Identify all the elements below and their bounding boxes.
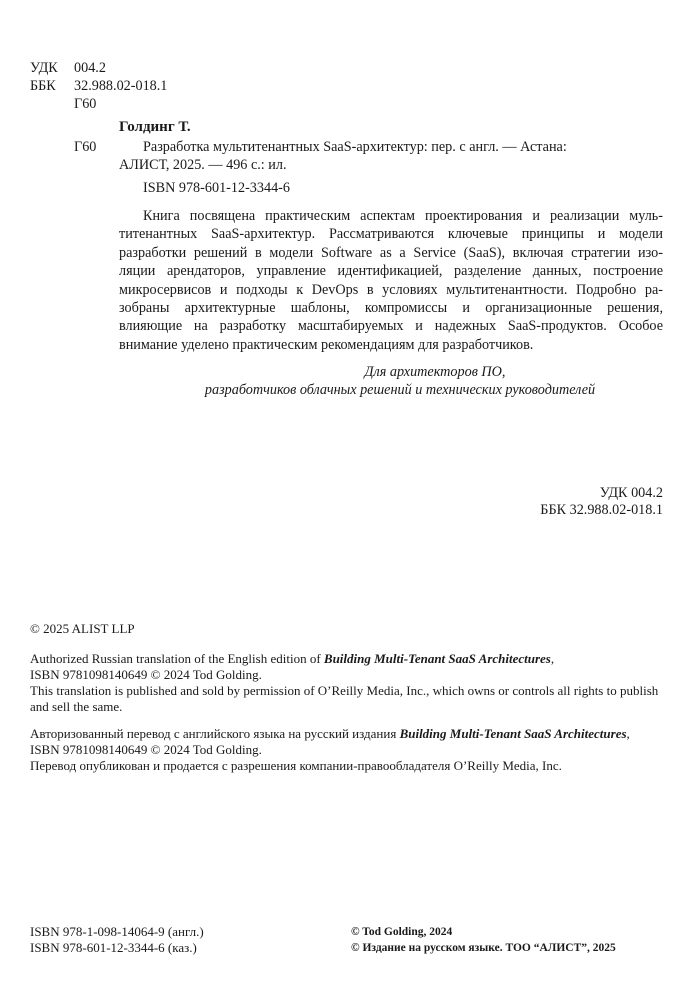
russian-rights-block: Авторизованный перевод с английского язы… xyxy=(30,726,662,774)
russian-book-title: Building Multi-Tenant SaaS Architectures xyxy=(400,726,627,741)
author-mark: Г60 xyxy=(74,95,96,113)
book-title-line-1: Разработка мультитенантных SaaS-архитект… xyxy=(143,138,567,156)
book-title-line-2: АЛИСТ, 2025. — 496 с.: ил. xyxy=(119,156,287,174)
udk-right: УДК 004.2 xyxy=(600,484,663,502)
audience-line-2: разработчиков облачных решений и техниче… xyxy=(175,381,625,399)
isbn-record: ISBN 978-601-12-3344-6 xyxy=(143,179,290,197)
russian-isbn-line: ISBN 9781098140649 © 2024 Tod Golding. xyxy=(30,742,662,758)
author-mark-record: Г60 xyxy=(74,138,96,156)
author-name: Голдинг Т. xyxy=(119,119,191,136)
abstract-line: титенантных SaaS-архитектур. Рассматрива… xyxy=(119,225,663,243)
russian-permission: Перевод опубликован и продается с разреш… xyxy=(30,758,662,774)
isbn-kazakh: ISBN 978-601-12-3344-6 (каз.) xyxy=(30,940,197,956)
abstract-line: зобраны архитектурные шаблоны, компромис… xyxy=(119,299,663,317)
isbn-english: ISBN 978-1-098-14064-9 (англ.) xyxy=(30,924,204,940)
abstract-paragraph: Книга посвящена практическим аспектам пр… xyxy=(119,207,663,354)
abstract-line: микросервисов и подходы к DevOps в услов… xyxy=(119,281,663,299)
abstract-line: ляции арендаторов, управление идентифика… xyxy=(119,262,663,280)
copyright-edition: © Издание на русском языке. ТОО “АЛИСТ”,… xyxy=(351,941,616,956)
bbk-right: ББК 32.988.02-018.1 xyxy=(540,501,663,519)
audience-line-1: Для архитекторов ПО, xyxy=(260,363,610,381)
abstract-line: внимание уделено практическим рекомендац… xyxy=(119,336,663,354)
udk-value: 004.2 xyxy=(74,59,106,77)
english-rights-block: Authorized Russian translation of the En… xyxy=(30,651,662,715)
english-isbn-line: ISBN 9781098140649 © 2024 Tod Golding. xyxy=(30,667,662,683)
abstract-line: разработки решений в модели Software as … xyxy=(119,244,663,262)
udk-label: УДК xyxy=(30,59,58,77)
publisher-copyright: © 2025 ALIST LLP xyxy=(30,621,135,637)
abstract-line: влияющие на разработку масштабируемых и … xyxy=(119,317,663,335)
copyright-author: © Tod Golding, 2024 xyxy=(351,925,452,940)
russian-translation-line: Авторизованный перевод с английского язы… xyxy=(30,726,662,742)
abstract-line: Книга посвящена практическим аспектам пр… xyxy=(119,207,663,225)
bbk-value: 32.988.02-018.1 xyxy=(74,77,167,95)
english-permission: This translation is published and sold b… xyxy=(30,683,662,715)
bbk-label: ББК xyxy=(30,77,56,95)
english-book-title: Building Multi-Tenant SaaS Architectures xyxy=(324,651,551,666)
english-translation-line: Authorized Russian translation of the En… xyxy=(30,651,662,667)
